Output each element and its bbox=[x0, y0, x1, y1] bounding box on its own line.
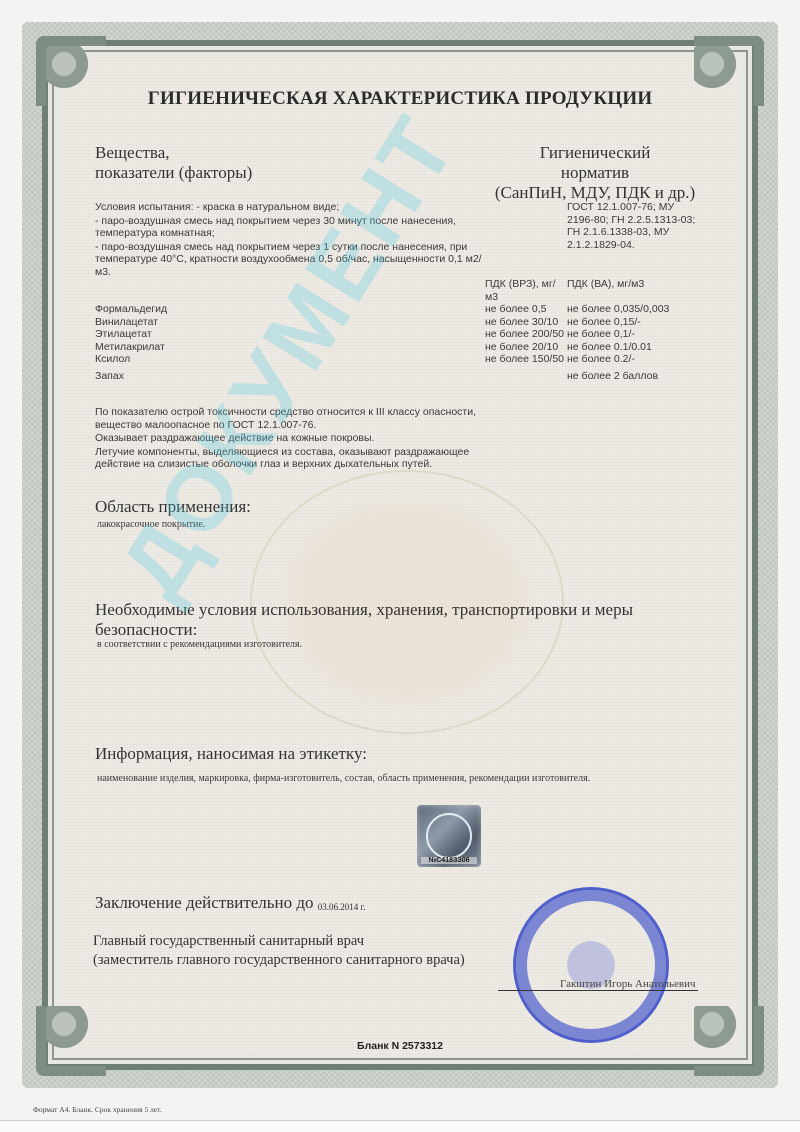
pdk-va-value: не более 0,15/- bbox=[567, 316, 697, 329]
footer-note: Формат А4. Бланк. Срок хранения 5 лет. bbox=[33, 1105, 162, 1114]
table-row: Ксилол не более 150/50 не более 0.2/- bbox=[95, 353, 697, 366]
label-info-heading: Информация, наносимая на этикетку: bbox=[95, 744, 367, 764]
norm-header-line: норматив bbox=[470, 163, 720, 183]
pdk-va-value: не более 2 баллов bbox=[567, 366, 697, 383]
pdk-vrz-value: не более 30/10 bbox=[485, 316, 567, 329]
table-row: Запах не более 2 баллов bbox=[95, 366, 697, 383]
pdk-vrz-value bbox=[485, 366, 567, 383]
pdk-vrz-value: не более 20/10 bbox=[485, 341, 567, 354]
substances-table: ПДК (ВРЗ), мг/м3 ПДК (ВА), мг/м3 Формаль… bbox=[95, 278, 697, 382]
pdk-vrz-value: не более 0,5 bbox=[485, 303, 567, 316]
signatory-line: Главный государственный санитарный врач bbox=[93, 932, 465, 951]
norm-header: Гигиенический норматив (СанПиН, МДУ, ПДК… bbox=[470, 143, 720, 203]
substances-header: Вещества, показатели (факторы) bbox=[95, 143, 252, 183]
pdk-va-value: не более 0,1/- bbox=[567, 328, 697, 341]
page-edge bbox=[0, 1120, 800, 1132]
signatory-title: Главный государственный санитарный врач … bbox=[93, 932, 465, 970]
table-row: Формальдегид не более 0,5 не более 0,035… bbox=[95, 303, 697, 316]
hologram-seal-icon: №С418ЗЗ06 bbox=[417, 805, 481, 867]
signature-line bbox=[498, 990, 698, 991]
validity-label: Заключение действительно до bbox=[95, 893, 314, 912]
validity-line: Заключение действительно до 03.06.2014 г… bbox=[95, 893, 365, 913]
validity-date: 03.06.2014 г. bbox=[318, 902, 366, 912]
hologram-code: №С418ЗЗ06 bbox=[421, 857, 477, 864]
blank-number: Бланк N 2573312 bbox=[0, 1040, 800, 1052]
pdk-vrz-value: не более 150/50 bbox=[485, 353, 567, 366]
gost-references: ГОСТ 12.1.007-76; МУ 2196-80; ГН 2.2.5.1… bbox=[567, 201, 697, 251]
signature-name: Гакштин Игорь Анатольевич bbox=[560, 978, 696, 990]
table-row: Винилацетат не более 30/10 не более 0,15… bbox=[95, 316, 697, 329]
table-row: Этилацетат не более 200/50 не более 0,1/… bbox=[95, 328, 697, 341]
column-header: ПДК (ВРЗ), мг/м3 bbox=[485, 278, 567, 303]
note: Летучие компоненты, выделяющиеся из сост… bbox=[95, 446, 495, 471]
norm-header-line: Гигиенический bbox=[470, 143, 720, 163]
table-row: Метилакрилат не более 20/10 не более 0.1… bbox=[95, 341, 697, 354]
official-stamp-icon bbox=[513, 887, 669, 1043]
hologram-ring-icon bbox=[426, 813, 472, 859]
substances-header-line: Вещества, bbox=[95, 143, 252, 163]
pdk-vrz-value: не более 200/50 bbox=[485, 328, 567, 341]
substances-header-line: показатели (факторы) bbox=[95, 163, 252, 183]
pdk-va-value: не более 0.1/0.01 bbox=[567, 341, 697, 354]
norm-header-line: (СанПиН, МДУ, ПДК и др.) bbox=[470, 183, 720, 203]
pdk-va-value: не более 0.2/- bbox=[567, 353, 697, 366]
label-info-text: наименование изделия, маркировка, фирма-… bbox=[97, 772, 657, 786]
conditions-text: в соответствии с рекомендациями изготови… bbox=[97, 639, 302, 650]
signatory-line: (заместитель главного государственного с… bbox=[93, 951, 465, 970]
pdk-va-value: не более 0,035/0,003 bbox=[567, 303, 697, 316]
column-header: ПДК (ВА), мг/м3 bbox=[567, 278, 697, 303]
